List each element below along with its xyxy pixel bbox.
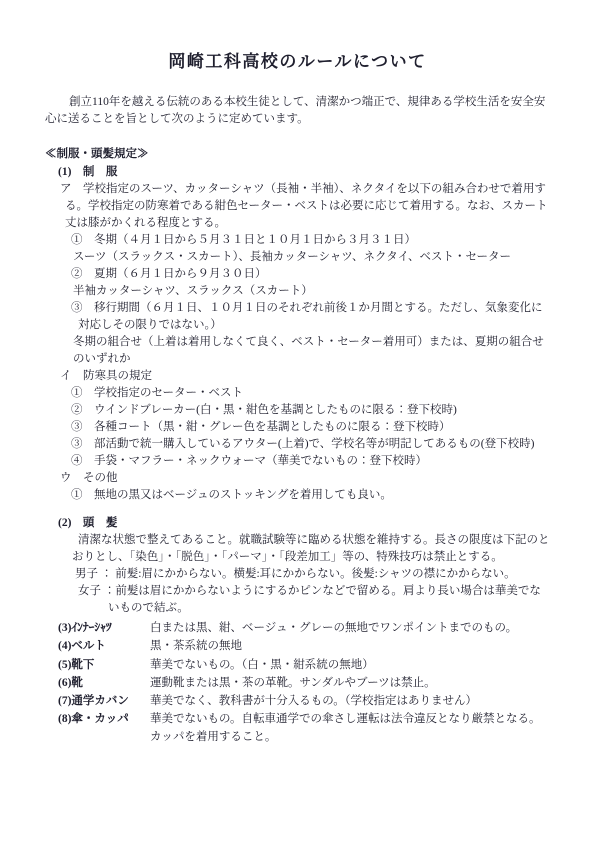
rule-desc: 華美でなく、教科書が十分入るもの。（学校指定はありません） xyxy=(150,693,550,711)
rule-desc: 華美でないもの。（白・黒・紺系統の無地） xyxy=(150,657,550,675)
item-windbreaker: ② ウインドブレーカー(白・黒・紺色を基調としたものに限る：登下校時) xyxy=(45,402,550,419)
rule-row: (4)ベルト黒・茶系統の無地 xyxy=(45,638,550,656)
rule-row: (3)ｲﾝﾅｰｼｬﾂ白または黒、紺、ベージュ・グレーの無地でワンポイントまでのも… xyxy=(45,620,550,638)
hair-boys: 男子 ： 前髪:眉にかからない。横髪:耳にかからない。後髪:シャツの襟にかからな… xyxy=(45,566,550,583)
item-winter: ① 冬期（４月１日から５月３１日と１０月１日から３月３１日） xyxy=(45,232,550,249)
rule-label: (7)通学カバン xyxy=(45,693,150,711)
document-page: 岡崎工科高校のルールについて 創立110年を越える伝統のある本校生徒として、清潔… xyxy=(0,0,595,841)
rule-label: (8)傘・カッパ xyxy=(45,711,150,746)
rule-row: (5)靴下華美でないもの。（白・黒・紺系統の無地） xyxy=(45,657,550,675)
item-coat: ③ 各種コート（黒・紺・グレー色を基調としたものに限る：登下校時） xyxy=(45,419,550,436)
rule-label: (3)ｲﾝﾅｰｼｬﾂ xyxy=(45,620,150,638)
rule-label: (6)靴 xyxy=(45,675,150,693)
document-body: (1) 制 服ア 学校指定のスーツ、カッターシャツ（長袖・半袖）、ネクタイを以下… xyxy=(45,164,550,617)
heading-hair: (2) 頭 髪 xyxy=(45,515,550,532)
rule-desc: 華美でないもの。自転車通学での傘さし運転は法令違反となり厳禁となる。カッパを着用… xyxy=(150,711,550,746)
item-a: ア 学校指定のスーツ、カッターシャツ（長袖・半袖）、ネクタイを以下の組み合わせで… xyxy=(45,181,550,232)
rule-label: (5)靴下 xyxy=(45,657,150,675)
rule-desc-line: 黒・茶系統の無地 xyxy=(150,638,550,656)
hair-girls: 女子 ：前髪は眉にかからないようにするかピンなどで留める。肩より長い場合は華美で… xyxy=(45,583,550,617)
rule-desc-line: 白または黒、紺、ベージュ・グレーの無地でワンポイントまでのもの。 xyxy=(150,620,550,638)
item-sweater: ① 学校指定のセーター・ベスト xyxy=(45,385,550,402)
rule-desc-line: 華美でなく、教科書が十分入るもの。（学校指定はありません） xyxy=(150,693,550,711)
item-summer: ② 夏期（６月１日から９月３０日） xyxy=(45,266,550,283)
intro-paragraph: 創立110年を越える伝統のある本校生徒として、清潔かつ端正で、規律ある学校生活を… xyxy=(45,94,550,128)
hair-intro: 清潔な状態で整えてあること。就職試験等に臨める状態を維持する。長さの限度は下記の… xyxy=(45,532,550,566)
rule-row: (7)通学カバン華美でなく、教科書が十分入るもの。（学校指定はありません） xyxy=(45,693,550,711)
page-title: 岡崎工科高校のルールについて xyxy=(45,50,550,74)
rule-desc-line: 華美でないもの。（白・黒・紺系統の無地） xyxy=(150,657,550,675)
rule-desc-line: カッパを着用すること。 xyxy=(150,729,550,747)
rule-row: (8)傘・カッパ華美でないもの。自転車通学での傘さし運転は法令違反となり厳禁とな… xyxy=(45,711,550,746)
rule-desc: 白または黒、紺、ベージュ・グレーの無地でワンポイントまでのもの。 xyxy=(150,620,550,638)
numbered-rules-list: (3)ｲﾝﾅｰｼｬﾂ白または黒、紺、ベージュ・グレーの無地でワンポイントまでのも… xyxy=(45,620,550,746)
item-winter-detail: スーツ（スラックス・スカート）、長袖カッターシャツ、ネクタイ、ベスト・セーター xyxy=(45,249,550,266)
rule-desc-line: 運動靴または黒・茶の革靴。サンダルやブーツは禁止。 xyxy=(150,675,550,693)
rule-desc-line: 華美でないもの。自転車通学での傘さし運転は法令違反となり厳禁となる。 xyxy=(150,711,550,729)
heading-uniform: (1) 制 服 xyxy=(45,164,550,181)
item-transition-detail: 冬期の組合せ（上着は着用しなくて良く、ベスト・セーター着用可）または、夏期の組合… xyxy=(45,334,550,368)
rule-row: (6)靴運動靴または黒・茶の革靴。サンダルやブーツは禁止。 xyxy=(45,675,550,693)
item-summer-detail: 半袖カッターシャツ、スラックス（スカート） xyxy=(45,283,550,300)
item-gloves: ④ 手袋・マフラー・ネックウォーマ（華美でないもの：登下校時） xyxy=(45,453,550,470)
rule-desc: 運動靴または黒・茶の革靴。サンダルやブーツは禁止。 xyxy=(150,675,550,693)
section-heading: ≪制服・頭髪規定≫ xyxy=(45,146,550,163)
rule-desc: 黒・茶系統の無地 xyxy=(150,638,550,656)
spacer xyxy=(45,504,550,515)
item-i: イ 防寒具の規定 xyxy=(45,368,550,385)
rule-label: (4)ベルト xyxy=(45,638,150,656)
item-transition: ③ 移行期間（６月１日、１０月１日のそれぞれ前後１か月間とする。ただし、気象変化… xyxy=(45,300,550,334)
item-u: ウ その他 xyxy=(45,470,550,487)
item-club-outer: ③ 部活動で統一購入しているアウター(上着)で、学校名等が明記してあるもの(登下… xyxy=(45,436,550,453)
item-stockings: ① 無地の黒又はベージュのストッキングを着用しても良い。 xyxy=(45,487,550,504)
